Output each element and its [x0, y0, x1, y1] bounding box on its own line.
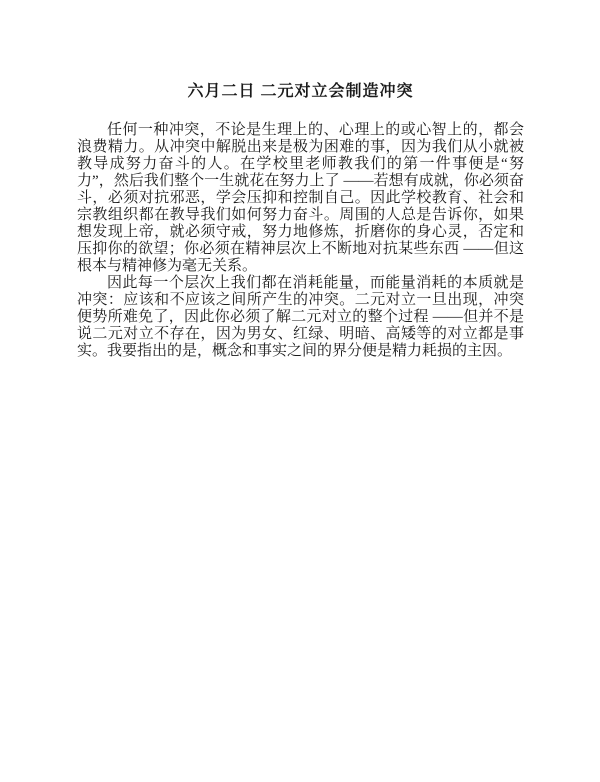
- paragraph-2: 因此每一个层次上我们都在消耗能量，而能量消耗的本质就是冲突：应该和不应该之间所产…: [77, 275, 524, 360]
- paragraph-1: 任何一种冲突，不论是生理上的、心理上的或心智上的，都会浪费精力。从冲突中解脱出来…: [77, 122, 524, 275]
- document-content: 六月二日 二元对立会制造冲突 任何一种冲突，不论是生理上的、心理上的或心智上的，…: [0, 82, 600, 360]
- page-title: 六月二日 二元对立会制造冲突: [77, 82, 524, 102]
- document-page: 六月二日 二元对立会制造冲突 任何一种冲突，不论是生理上的、心理上的或心智上的，…: [0, 0, 600, 782]
